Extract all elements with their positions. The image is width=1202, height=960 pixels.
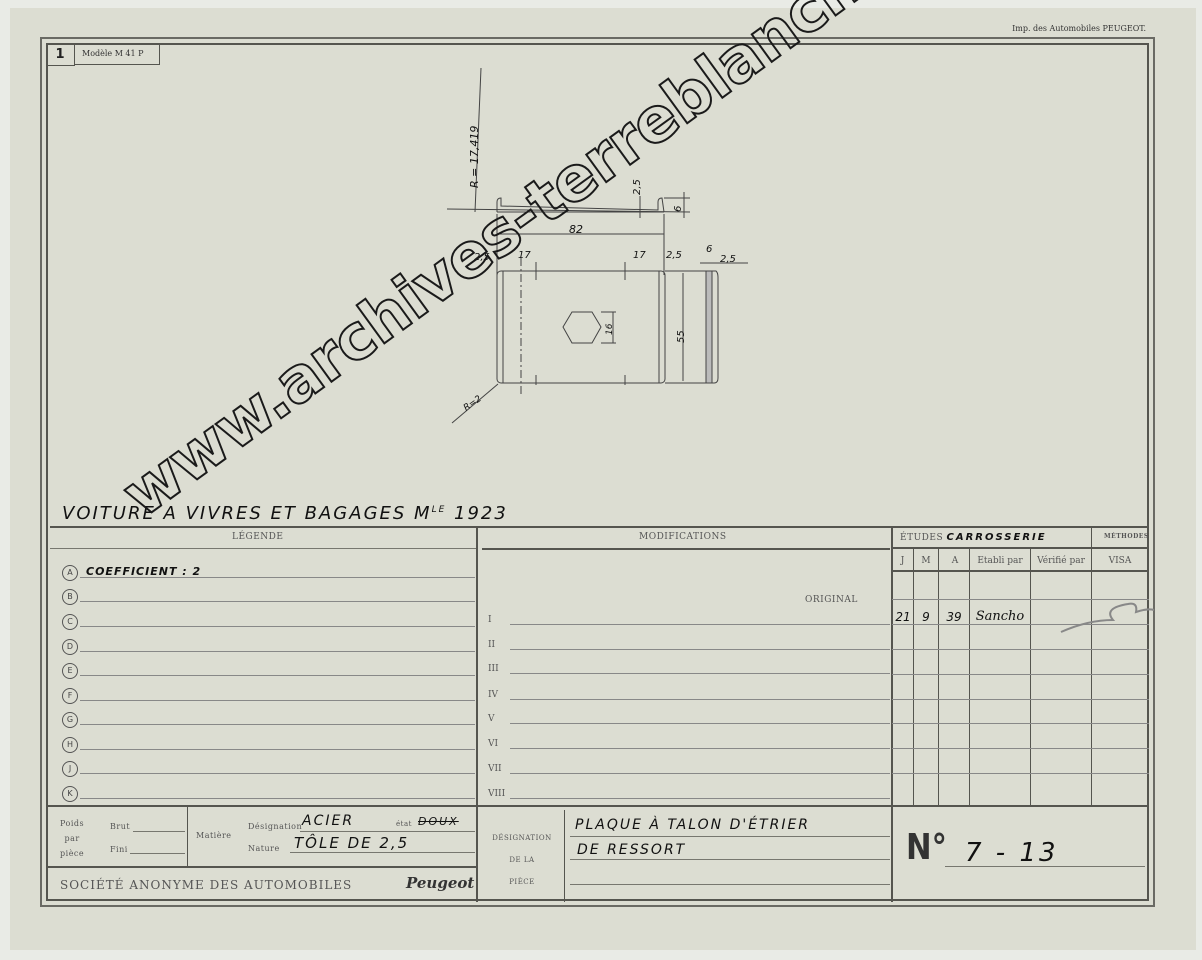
svg-text:6: 6 [706,244,712,255]
col-header-verifie: Vérifié par [1031,556,1091,566]
legend-letter: J [62,761,78,777]
legend-letter: F [62,688,78,704]
company-name: SOCIÉTÉ ANONYME DES AUTOMOBILES [60,878,352,892]
divider [570,884,890,885]
divider [938,548,939,805]
part-number: 7 - 13 [965,838,1059,868]
visa-signature-icon [1058,598,1158,638]
legend-letter: G [62,712,78,728]
mod-row-label: III [488,664,499,674]
legend-letter: B [62,589,78,605]
divider [300,831,475,832]
methodes-label: MÉTHODES [1104,533,1149,540]
divider [564,810,565,902]
material-state: DOUX [418,815,459,828]
divider [891,527,893,902]
legend-letter: E [62,663,78,679]
legende-header: LÉGENDE [232,532,283,542]
matiere-label: Matière [196,831,232,840]
svg-text:17: 17 [633,250,646,261]
divider [893,570,1149,572]
mod-row-label: VIII [488,789,505,799]
legend-letter: K [62,786,78,802]
legend-letter: A [62,565,78,581]
divider [570,836,890,837]
mod-row-label: II [488,640,495,650]
dim-radius: R = 17,419 [468,126,481,188]
divider [969,548,970,805]
svg-text:6: 6 [673,206,684,212]
divider [945,866,1145,867]
entry-day: 21 [893,610,913,624]
legend-letter: H [62,737,78,753]
divider [570,859,890,860]
svg-text:R=2: R=2 [462,394,484,414]
divider [476,527,478,902]
divider [1091,527,1092,805]
peugeot-logo: Peugeot [406,874,474,892]
divider [50,548,476,549]
divider [290,852,475,853]
svg-text:2,5: 2,5 [720,254,736,265]
material-designation: ACIER [302,813,354,829]
designation-piece-label: DÉSIGNATIONDE LAPIÈCE [484,827,560,893]
mod-row-label: V [488,714,495,724]
entry-etabli-par: Sancho [970,609,1030,624]
col-header-visa: VISA [1092,556,1148,566]
etudes-header: ÉTUDES CARROSSERIE [900,532,1047,543]
mod-row-label: IV [488,690,498,700]
col-header-j: J [895,556,910,566]
part-name-line2: DE RESSORT [577,842,686,858]
nature-label: Nature [248,844,280,853]
fini-label: Fini [110,845,128,854]
brut-field [133,831,185,832]
modifications-header: MODIFICATIONS [639,532,727,542]
brut-label: Brut [110,822,130,831]
divider [187,806,188,866]
mod-row-label: VI [488,739,498,749]
svg-text:2,5: 2,5 [632,179,643,195]
legend-letter: C [62,614,78,630]
svg-text:16: 16 [605,323,615,335]
svg-text:55: 55 [676,330,687,343]
fini-field [130,853,185,854]
entry-month: 9 [914,610,938,624]
col-header-a: A [940,556,970,566]
etat-label: état [396,820,412,828]
divider [1030,548,1031,805]
legend-letter: D [62,639,78,655]
col-header-etabli: Etabli par [971,556,1029,566]
mod-row-label: I [488,615,492,625]
col-header-m: M [916,556,936,566]
divider [913,548,914,805]
divider [48,805,1149,807]
original-label: ORIGINAL [805,595,858,605]
divider [48,866,476,868]
title-divider [50,526,1149,528]
divider [893,547,1149,549]
material-nature: TÔLE DE 2,5 [294,834,409,852]
drawing-title: VOITURE A VIVRES ET BAGAGES MLE 1923 [62,503,508,524]
part-number-prefix: N° [906,827,947,868]
entry-year: 39 [939,610,969,624]
designation-label: Désignation [248,822,302,831]
part-name-line1: PLAQUE À TALON D'ÉTRIER [575,817,810,833]
mod-row-label: VII [488,764,502,774]
svg-text:2,5: 2,5 [666,250,682,261]
poids-label: Poidsparpièce [60,816,84,861]
divider [482,548,890,550]
